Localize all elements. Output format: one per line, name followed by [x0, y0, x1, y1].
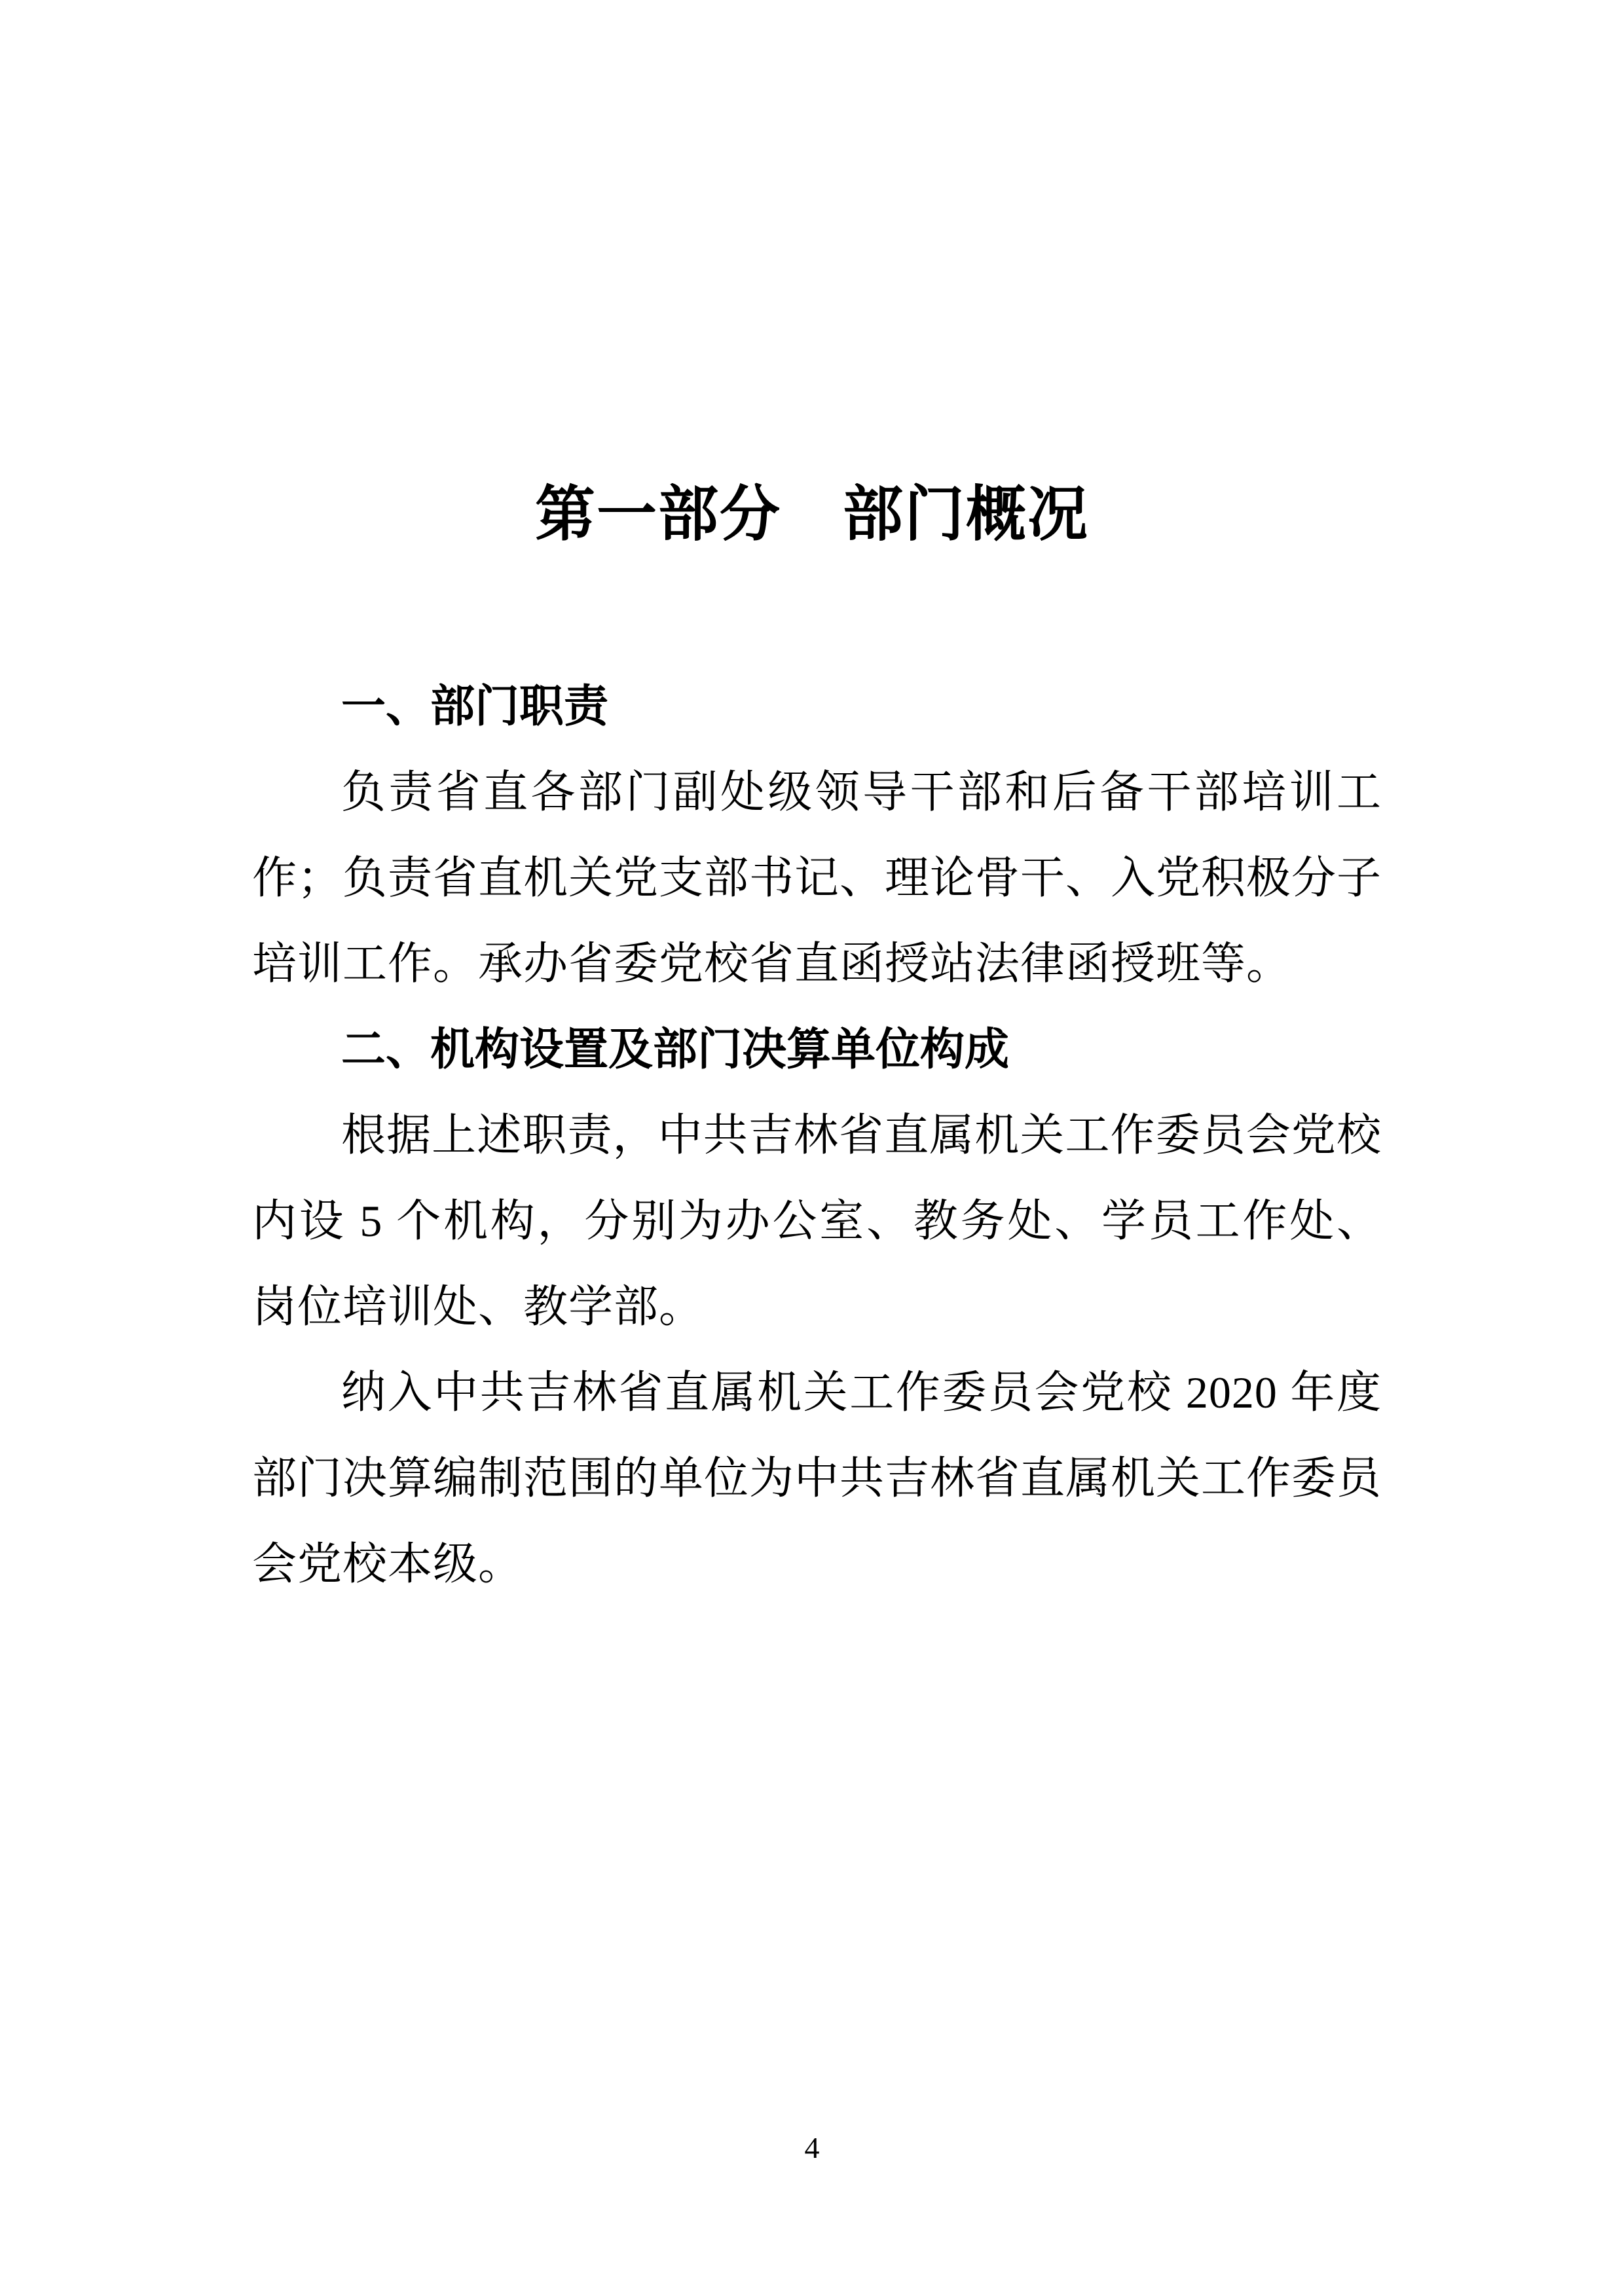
page-number: 4	[0, 2132, 1624, 2164]
document-page: 第一部分 部门概况 一、部门职责 负责省直各部门副处级领导干部和后备干部培训工作…	[0, 0, 1624, 2296]
section-2-heading: 二、机构设置及部门决算单位构成	[252, 1007, 1382, 1093]
section-1-paragraph-1: 负责省直各部门副处级领导干部和后备干部培训工作；负责省直机关党支部书记、理论骨干…	[252, 750, 1382, 1007]
document-title: 第一部分 部门概况	[0, 482, 1624, 547]
section-1-heading: 一、部门职责	[252, 664, 1382, 750]
document-body: 一、部门职责 负责省直各部门副处级领导干部和后备干部培训工作；负责省直机关党支部…	[252, 664, 1382, 1607]
section-2-paragraph-1: 根据上述职责，中共吉林省直属机关工作委员会党校内设 5 个机构，分别为办公室、教…	[252, 1093, 1382, 1350]
section-2-paragraph-2: 纳入中共吉林省直属机关工作委员会党校 2020 年度部门决算编制范围的单位为中共…	[252, 1350, 1382, 1607]
